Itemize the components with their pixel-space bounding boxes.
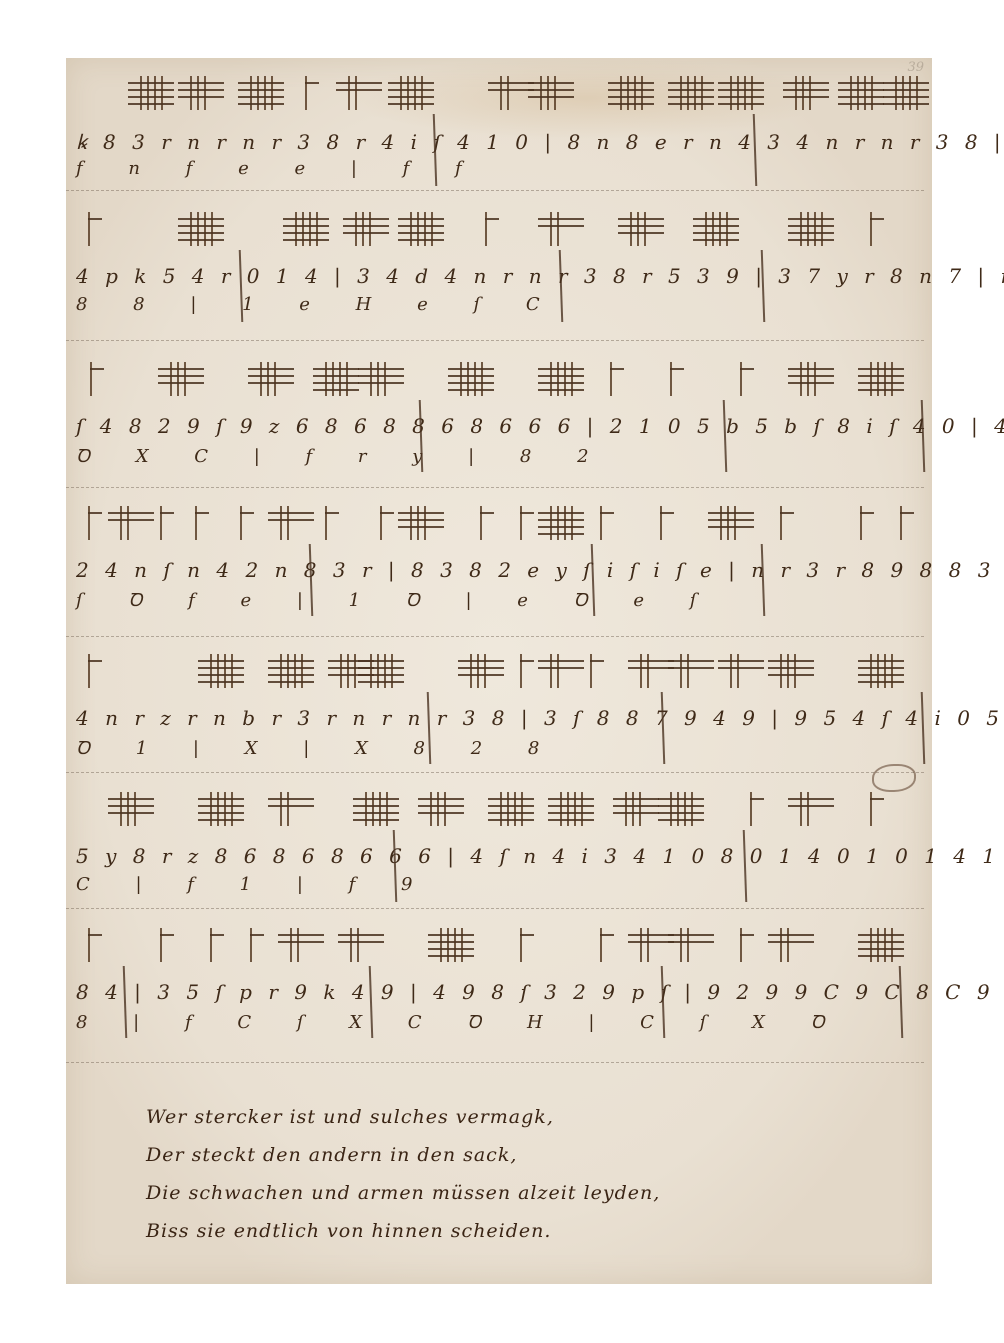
rhythm-flag-icon [80, 928, 118, 962]
tablature-row: 5 y 8 r z 8 6 8 6 8 6 6 6 | 4 ſ n 4 i 3 … [72, 836, 924, 916]
tablature-system-4: 2 4 n ſ n 4 2 n 8 3 r | 8 3 8 2 e y ſ i … [72, 498, 924, 638]
rhythm-flag-icon [542, 506, 580, 540]
tablature-system-7: 8 4 | 3 5 ſ p r 9 k 4 9 | 4 9 8 ſ 3 2 9 … [72, 920, 924, 1060]
rhythm-flags [72, 204, 924, 254]
rhythm-flag-icon [632, 654, 670, 688]
rhythm-flag-icon [662, 362, 700, 396]
rhythm-flag-icon [162, 362, 200, 396]
rhythm-flag-icon [732, 928, 770, 962]
tablature-lower-letters: 8 | f C ſ X C Ꝺ H | C ſ X Ꝺ [76, 1010, 845, 1034]
rhythm-flag-icon [242, 928, 280, 962]
rhythm-flag-icon [432, 928, 470, 962]
rhythm-flag-icon [602, 362, 640, 396]
tablature-letters: ſ 4 8 2 9 ſ 9 z 6 8 6 8 8 6 8 6 6 6 | 2 … [76, 414, 1004, 438]
verse-line-3: Die schwachen und armen müssen alzeit le… [146, 1174, 660, 1212]
rhythm-flag-icon [287, 212, 325, 246]
rhythm-flag-icon [317, 362, 355, 396]
rhythm-flag-icon [582, 654, 620, 688]
rhythm-flag-icon [452, 362, 490, 396]
rhythm-flag-icon [862, 212, 900, 246]
tablature-row: 8 4 | 3 5 ſ p r 9 k 4 9 | 4 9 8 ſ 3 2 9 … [72, 972, 924, 1052]
rhythm-flag-icon [112, 792, 150, 826]
rhythm-flag-icon [532, 76, 570, 110]
rhythm-flag-icon [772, 506, 810, 540]
rhythm-flag-icon [672, 928, 710, 962]
rhythm-flag-icon [542, 212, 580, 246]
rhythm-flag-icon [862, 654, 900, 688]
verse-line-1: Wer stercker ist und sulches vermagk, [146, 1098, 660, 1136]
rhythm-flag-icon [862, 792, 900, 826]
rhythm-flag-icon [80, 654, 118, 688]
rhythm-flag-icon [272, 506, 310, 540]
tablature-lower-letters: 8 8 | 1 e H e ſ C [76, 294, 560, 315]
rhythm-flag-icon [512, 928, 550, 962]
rhythm-flags [72, 498, 924, 548]
rhythm-flag-icon [792, 212, 830, 246]
rhythm-flag-icon [697, 212, 735, 246]
rhythm-flag-icon [462, 654, 500, 688]
margin-flourish-icon [872, 764, 916, 792]
rhythm-flag-icon [887, 76, 925, 110]
rhythm-flag-icon [652, 506, 690, 540]
rhythm-flag-icon [862, 362, 900, 396]
rhythm-flag-icon [732, 362, 770, 396]
tablature-row: ſ 4 8 2 9 ſ 9 z 6 8 6 8 8 6 8 6 6 6 | 2 … [72, 406, 924, 486]
rhythm-flags [72, 646, 924, 696]
tablature-letters: 4 p k 5 4 r 0 1 4 | 3 4 d 4 n r n r 3 8 … [76, 264, 1004, 288]
tablature-row: 4 p k 5 4 r 0 1 4 | 3 4 d 4 n r n r 3 8 … [72, 256, 924, 336]
staff-rule [66, 1062, 924, 1063]
tablature-row: 4 n r z r n b r 3 r n r n r 3 8 | 3 ſ 8 … [72, 698, 924, 778]
rhythm-flag-icon [402, 212, 440, 246]
rhythm-flag-icon [787, 76, 825, 110]
rhythm-flag-icon [632, 928, 670, 962]
tablature-system-3: ſ 4 8 2 9 ſ 9 z 6 8 6 8 8 6 8 6 6 6 | 2 … [72, 354, 924, 494]
rhythm-flag-icon [542, 362, 580, 396]
rhythm-flag-icon [842, 76, 880, 110]
rhythm-flag-icon [552, 792, 590, 826]
rhythm-flag-icon [272, 654, 310, 688]
rhythm-flag-icon [272, 792, 310, 826]
rhythm-flag-icon [317, 506, 355, 540]
tablature-system-6: 5 y 8 r z 8 6 8 6 8 6 6 6 | 4 ſ n 4 i 3 … [72, 784, 924, 924]
rhythm-flag-icon [152, 928, 190, 962]
rhythm-flag-icon [202, 654, 240, 688]
rhythm-flag-icon [152, 506, 190, 540]
rhythm-flag-icon [477, 212, 515, 246]
rhythm-flag-icon [187, 506, 225, 540]
rhythm-flag-icon [357, 792, 395, 826]
rhythm-flag-icon [862, 928, 900, 962]
rhythm-flags [72, 354, 924, 404]
rhythm-flag-icon [617, 792, 655, 826]
tablature-lower-letters: f n f e e | f f [76, 158, 482, 179]
rhythm-flags [72, 68, 924, 118]
tablature-letters: 5 y 8 r z 8 6 8 6 8 6 6 6 | 4 ſ n 4 i 3 … [76, 844, 1004, 868]
rhythm-flag-icon [742, 792, 780, 826]
rhythm-flag-icon [132, 76, 170, 110]
rhythm-flag-icon [592, 506, 630, 540]
rhythm-flag-icon [712, 506, 750, 540]
rhythm-flag-icon [672, 654, 710, 688]
tablature-lower-letters: ſ Ꝺ f e | 1 Ꝺ | e Ꝺ e ſ [76, 588, 716, 612]
tablature-system-5: 4 n r z r n b r 3 r n r n r 3 8 | 3 ſ 8 … [72, 646, 924, 786]
rhythm-flag-icon [662, 792, 700, 826]
tablature-letters: 2 4 n ſ n 4 2 n 8 3 r | 8 3 8 2 e y ſ i … [76, 558, 1004, 582]
rhythm-flag-icon [342, 928, 380, 962]
rhythm-flag-icon [362, 654, 400, 688]
rhythm-flag-icon [362, 362, 400, 396]
rhythm-flag-icon [402, 506, 440, 540]
rhythm-flag-icon [297, 76, 335, 110]
rhythm-flag-icon [612, 76, 650, 110]
rhythm-flags [72, 784, 924, 834]
rhythm-flag-icon [347, 212, 385, 246]
rhythm-flag-icon [772, 654, 810, 688]
rhythm-flag-icon [722, 654, 760, 688]
rhythm-flags [72, 920, 924, 970]
rhythm-flag-icon [792, 792, 830, 826]
rhythm-flag-icon [792, 362, 830, 396]
verse-line-2: Der steckt den andern in den sack, [146, 1136, 660, 1174]
tablature-letters: 4 n r z r n b r 3 r n r n r 3 8 | 3 ſ 8 … [76, 706, 1004, 730]
rhythm-flag-icon [422, 792, 460, 826]
tablature-lower-letters: Ꝺ X C | f r y | 8 2 [76, 444, 609, 468]
rhythm-flag-icon [892, 506, 930, 540]
rhythm-flag-icon [542, 654, 580, 688]
rhythm-flag-icon [492, 792, 530, 826]
tablature-row: 2 4 n ſ n 4 2 n 8 3 r | 8 3 8 2 e y ſ i … [72, 550, 924, 630]
verse-text: Wer stercker ist und sulches vermagk, De… [146, 1098, 660, 1250]
rhythm-flag-icon [202, 928, 240, 962]
tablature-letters: 8 4 | 3 5 ſ p r 9 k 4 9 | 4 9 8 ſ 3 2 9 … [76, 980, 1004, 1004]
rhythm-flag-icon [282, 928, 320, 962]
rhythm-flag-icon [182, 212, 220, 246]
tablature-letters: ꝃ 8 3 r n r n r 3 8 r 4 i ſ 4 1 0 | 8 n … [76, 128, 1004, 155]
rhythm-flag-icon [112, 506, 150, 540]
rhythm-flag-icon [492, 76, 530, 110]
tablature-system-2: 4 p k 5 4 r 0 1 4 | 3 4 d 4 n r n r 3 8 … [72, 204, 924, 344]
rhythm-flag-icon [340, 76, 378, 110]
rhythm-flag-icon [202, 792, 240, 826]
tablature-system-1: ꝃ 8 3 r n r n r 3 8 r 4 i ſ 4 1 0 | 8 n … [72, 68, 924, 208]
manuscript-page: 39 ꝃ 8 3 r n r n r 3 8 r 4 i ſ 4 1 0 | 8… [66, 58, 932, 1284]
tablature-lower-letters: Ꝺ 1 | X | X 8 2 8 [76, 736, 559, 760]
rhythm-flag-icon [242, 76, 280, 110]
rhythm-flag-icon [772, 928, 810, 962]
rhythm-flag-icon [80, 212, 118, 246]
tablature-lower-letters: C | f 1 | f 9 [76, 874, 432, 895]
rhythm-flag-icon [722, 76, 760, 110]
rhythm-flag-icon [592, 928, 630, 962]
rhythm-flag-icon [392, 76, 430, 110]
rhythm-flag-icon [232, 506, 270, 540]
tablature-row: ꝃ 8 3 r n r n r 3 8 r 4 i ſ 4 1 0 | 8 n … [72, 120, 924, 200]
rhythm-flag-icon [672, 76, 710, 110]
rhythm-flag-icon [852, 506, 890, 540]
rhythm-flag-icon [252, 362, 290, 396]
rhythm-flag-icon [182, 76, 220, 110]
verse-line-4: Biss sie endtlich von hinnen scheiden. [146, 1212, 660, 1250]
rhythm-flag-icon [622, 212, 660, 246]
rhythm-flag-icon [472, 506, 510, 540]
rhythm-flag-icon [82, 362, 120, 396]
